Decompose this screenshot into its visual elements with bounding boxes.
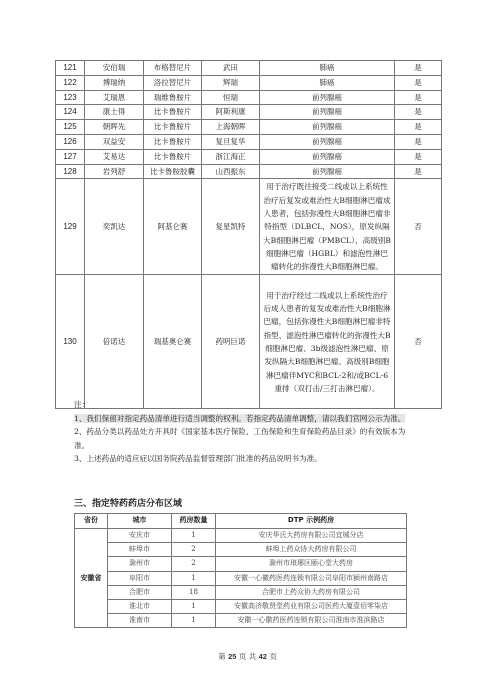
note-item: 3、上述药品的适应症以国务院药品监督管理部门批准的药品说明书为准。 <box>74 452 419 466</box>
table-row: 安徽省 安庆市 1 安庆华氏大药房有限公司宜城分店 <box>75 529 407 543</box>
row-number: 130 <box>56 275 85 409</box>
store-name: 安庆华氏大药房有限公司宜城分店 <box>216 529 407 543</box>
table-row: 126 双益安 比卡鲁胺片 复旦复华 前列腺癌 是 <box>56 134 442 149</box>
generic-name: 布格替尼片 <box>144 61 202 76</box>
indication: 用于治疗既往接受二线或以上系统性治疗后复发或难治性大B细胞淋巴瘤成人患者，包括弥… <box>260 179 395 275</box>
header-province: 省份 <box>75 514 108 529</box>
manufacturer: 药明巨诺 <box>202 275 260 409</box>
table-row: 淮北市 1 安徽高济敬贤堂药业有限公司医药大厦壹佰零柒店 <box>75 600 407 614</box>
generic-name: 瑞基奥仑赛 <box>144 275 202 409</box>
flag: 是 <box>395 164 442 179</box>
flag: 是 <box>395 120 442 135</box>
table-row: 122 博瑞纳 洛拉替尼片 辉瑞 肺癌 是 <box>56 75 442 90</box>
generic-name: 比卡鲁胺片 <box>144 120 202 135</box>
brand-name: 艾易达 <box>85 149 144 164</box>
store-count: 2 <box>172 543 216 557</box>
notes-label: 注： <box>74 398 419 412</box>
brand-name: 双益安 <box>85 134 144 149</box>
store-name: 合肥市上药众协大药房有限公司 <box>216 585 407 599</box>
table-row: 滁州市 2 滁州市琅琊区颐心堂大药房 <box>75 557 407 571</box>
brand-name: 博瑞纳 <box>85 75 144 90</box>
generic-name: 比卡鲁胺片 <box>144 105 202 120</box>
page-footer: 第 25 页 共 42 页 <box>0 651 495 662</box>
table-row: 合肥市 18 合肥市上药众协大药房有限公司 <box>75 585 407 599</box>
row-number: 124 <box>56 105 85 120</box>
manufacturer: 山西振东 <box>202 164 260 179</box>
manufacturer: 复旦复华 <box>202 134 260 149</box>
generic-name: 阿基仑赛 <box>144 179 202 275</box>
table-row: 128 岩列舒 比卡鲁胺胶囊 山西振东 前列腺癌 是 <box>56 164 442 179</box>
footer-pre: 第 <box>218 652 226 661</box>
table-row: 123 艾瑞恩 瑞维鲁胺片 恒瑞 前列腺癌 是 <box>56 90 442 105</box>
flag: 是 <box>395 134 442 149</box>
city: 阜阳市 <box>108 571 172 585</box>
manufacturer: 辉瑞 <box>202 75 260 90</box>
store-count: 1 <box>172 529 216 543</box>
notes-block: 注： 1、我们保留对指定药品清单进行适当调整的权利。若指定药品清单调整，请以我们… <box>74 398 419 466</box>
table-row: 124 康士得 比卡鲁胺片 阿斯利康 前列腺癌 是 <box>56 105 442 120</box>
indication: 前列腺癌 <box>260 134 395 149</box>
store-name: 安徽一心徽药医药连锁有限公司阜阳市颍州南路店 <box>216 571 407 585</box>
city: 淮北市 <box>108 600 172 614</box>
header-count: 药房数量 <box>172 514 216 529</box>
generic-name: 比卡鲁胺片 <box>144 149 202 164</box>
flag: 否 <box>395 275 442 409</box>
store-count: 1 <box>172 614 216 628</box>
indication: 前列腺癌 <box>260 120 395 135</box>
store-name: 安徽高济敬贤堂药业有限公司医药大厦壹佰零柒店 <box>216 600 407 614</box>
generic-name: 洛拉替尼片 <box>144 75 202 90</box>
current-page: 25 <box>228 652 236 661</box>
city: 蚌埠市 <box>108 543 172 557</box>
note-highlight: 1、我们保留对指定药品清单进行适当调整的权利。若指定药品清单调整，请以我们官网公… <box>74 414 405 423</box>
manufacturer: 上海朝晖 <box>202 120 260 135</box>
flag: 否 <box>395 179 442 275</box>
row-number: 122 <box>56 75 85 90</box>
row-number: 121 <box>56 61 85 76</box>
table-row: 阜阳市 1 安徽一心徽药医药连锁有限公司阜阳市颍州南路店 <box>75 571 407 585</box>
manufacturer: 浙江海正 <box>202 149 260 164</box>
row-number: 127 <box>56 149 85 164</box>
table-row: 125 朝晖先 比卡鲁胺片 上海朝晖 前列腺癌 是 <box>56 120 442 135</box>
manufacturer: 武田 <box>202 61 260 76</box>
footer-post: 页 <box>269 652 277 661</box>
city: 滁州市 <box>108 557 172 571</box>
brand-name: 安伯瑞 <box>85 61 144 76</box>
brand-name: 朝晖先 <box>85 120 144 135</box>
header-dtp-store: DTP 示例药房 <box>216 514 407 529</box>
store-count: 1 <box>172 571 216 585</box>
store-name: 安徽一心徽药医药连锁有限公司淮南市淮滨路店 <box>216 614 407 628</box>
brand-name: 艾瑞恩 <box>85 90 144 105</box>
flag: 是 <box>395 90 442 105</box>
store-name: 滁州市琅琊区颐心堂大药房 <box>216 557 407 571</box>
row-number: 128 <box>56 164 85 179</box>
row-number: 129 <box>56 179 85 275</box>
flag: 是 <box>395 105 442 120</box>
generic-name: 瑞维鲁胺片 <box>144 90 202 105</box>
manufacturer: 阿斯利康 <box>202 105 260 120</box>
pharmacy-table: 省份 城市 药房数量 DTP 示例药房 安徽省 安庆市 1 安庆华氏大药房有限公… <box>74 513 407 628</box>
city: 合肥市 <box>108 585 172 599</box>
flag: 是 <box>395 61 442 76</box>
table-header-row: 省份 城市 药房数量 DTP 示例药房 <box>75 514 407 529</box>
row-number: 123 <box>56 90 85 105</box>
manufacturer: 复星凯特 <box>202 179 260 275</box>
store-count: 2 <box>172 557 216 571</box>
drug-list-table: 121 安伯瑞 布格替尼片 武田 肺癌 是 122 博瑞纳 洛拉替尼片 辉瑞 肺… <box>55 60 442 409</box>
row-number: 125 <box>56 120 85 135</box>
header-city: 城市 <box>108 514 172 529</box>
city: 安庆市 <box>108 529 172 543</box>
table-row: 130 倍诺达 瑞基奥仑赛 药明巨诺 用于治疗经过二线或以上系统性治疗后成人患者… <box>56 275 442 409</box>
brand-name: 奕凯达 <box>85 179 144 275</box>
generic-name: 比卡鲁胺片 <box>144 134 202 149</box>
indication: 用于治疗经过二线或以上系统性治疗后成人患者的复发或难治性大B细胞淋巴瘤，包括弥漫… <box>260 275 395 409</box>
indication: 肺癌 <box>260 75 395 90</box>
store-name: 蚌埠上药众协大药房有限公司 <box>216 543 407 557</box>
brand-name: 康士得 <box>85 105 144 120</box>
section-title: 三、指定特药药店分布区域 <box>74 496 182 509</box>
manufacturer: 恒瑞 <box>202 90 260 105</box>
indication: 肺癌 <box>260 61 395 76</box>
table-row: 127 艾易达 比卡鲁胺片 浙江海正 前列腺癌 是 <box>56 149 442 164</box>
store-count: 1 <box>172 600 216 614</box>
table-row: 129 奕凯达 阿基仑赛 复星凯特 用于治疗既往接受二线或以上系统性治疗后复发或… <box>56 179 442 275</box>
city: 淮南市 <box>108 614 172 628</box>
table-row: 121 安伯瑞 布格替尼片 武田 肺癌 是 <box>56 61 442 76</box>
note-item: 2、药品分类以药品处方开具时《国家基本医疗保险、工伤保险和生育保险药品目录》的有… <box>74 425 419 452</box>
flag: 是 <box>395 149 442 164</box>
brand-name: 倍诺达 <box>85 275 144 409</box>
indication: 前列腺癌 <box>260 90 395 105</box>
table-row: 淮南市 1 安徽一心徽药医药连锁有限公司淮南市淮滨路店 <box>75 614 407 628</box>
store-count: 18 <box>172 585 216 599</box>
indication: 前列腺癌 <box>260 105 395 120</box>
flag: 是 <box>395 75 442 90</box>
total-pages: 42 <box>259 652 267 661</box>
province-cell: 安徽省 <box>75 529 108 628</box>
footer-mid: 页 共 <box>239 652 256 661</box>
note-item: 1、我们保留对指定药品清单进行适当调整的权利。若指定药品清单调整，请以我们官网公… <box>74 412 419 426</box>
table-row: 蚌埠市 2 蚌埠上药众协大药房有限公司 <box>75 543 407 557</box>
row-number: 126 <box>56 134 85 149</box>
generic-name: 比卡鲁胺胶囊 <box>144 164 202 179</box>
brand-name: 岩列舒 <box>85 164 144 179</box>
indication: 前列腺癌 <box>260 149 395 164</box>
indication: 前列腺癌 <box>260 164 395 179</box>
